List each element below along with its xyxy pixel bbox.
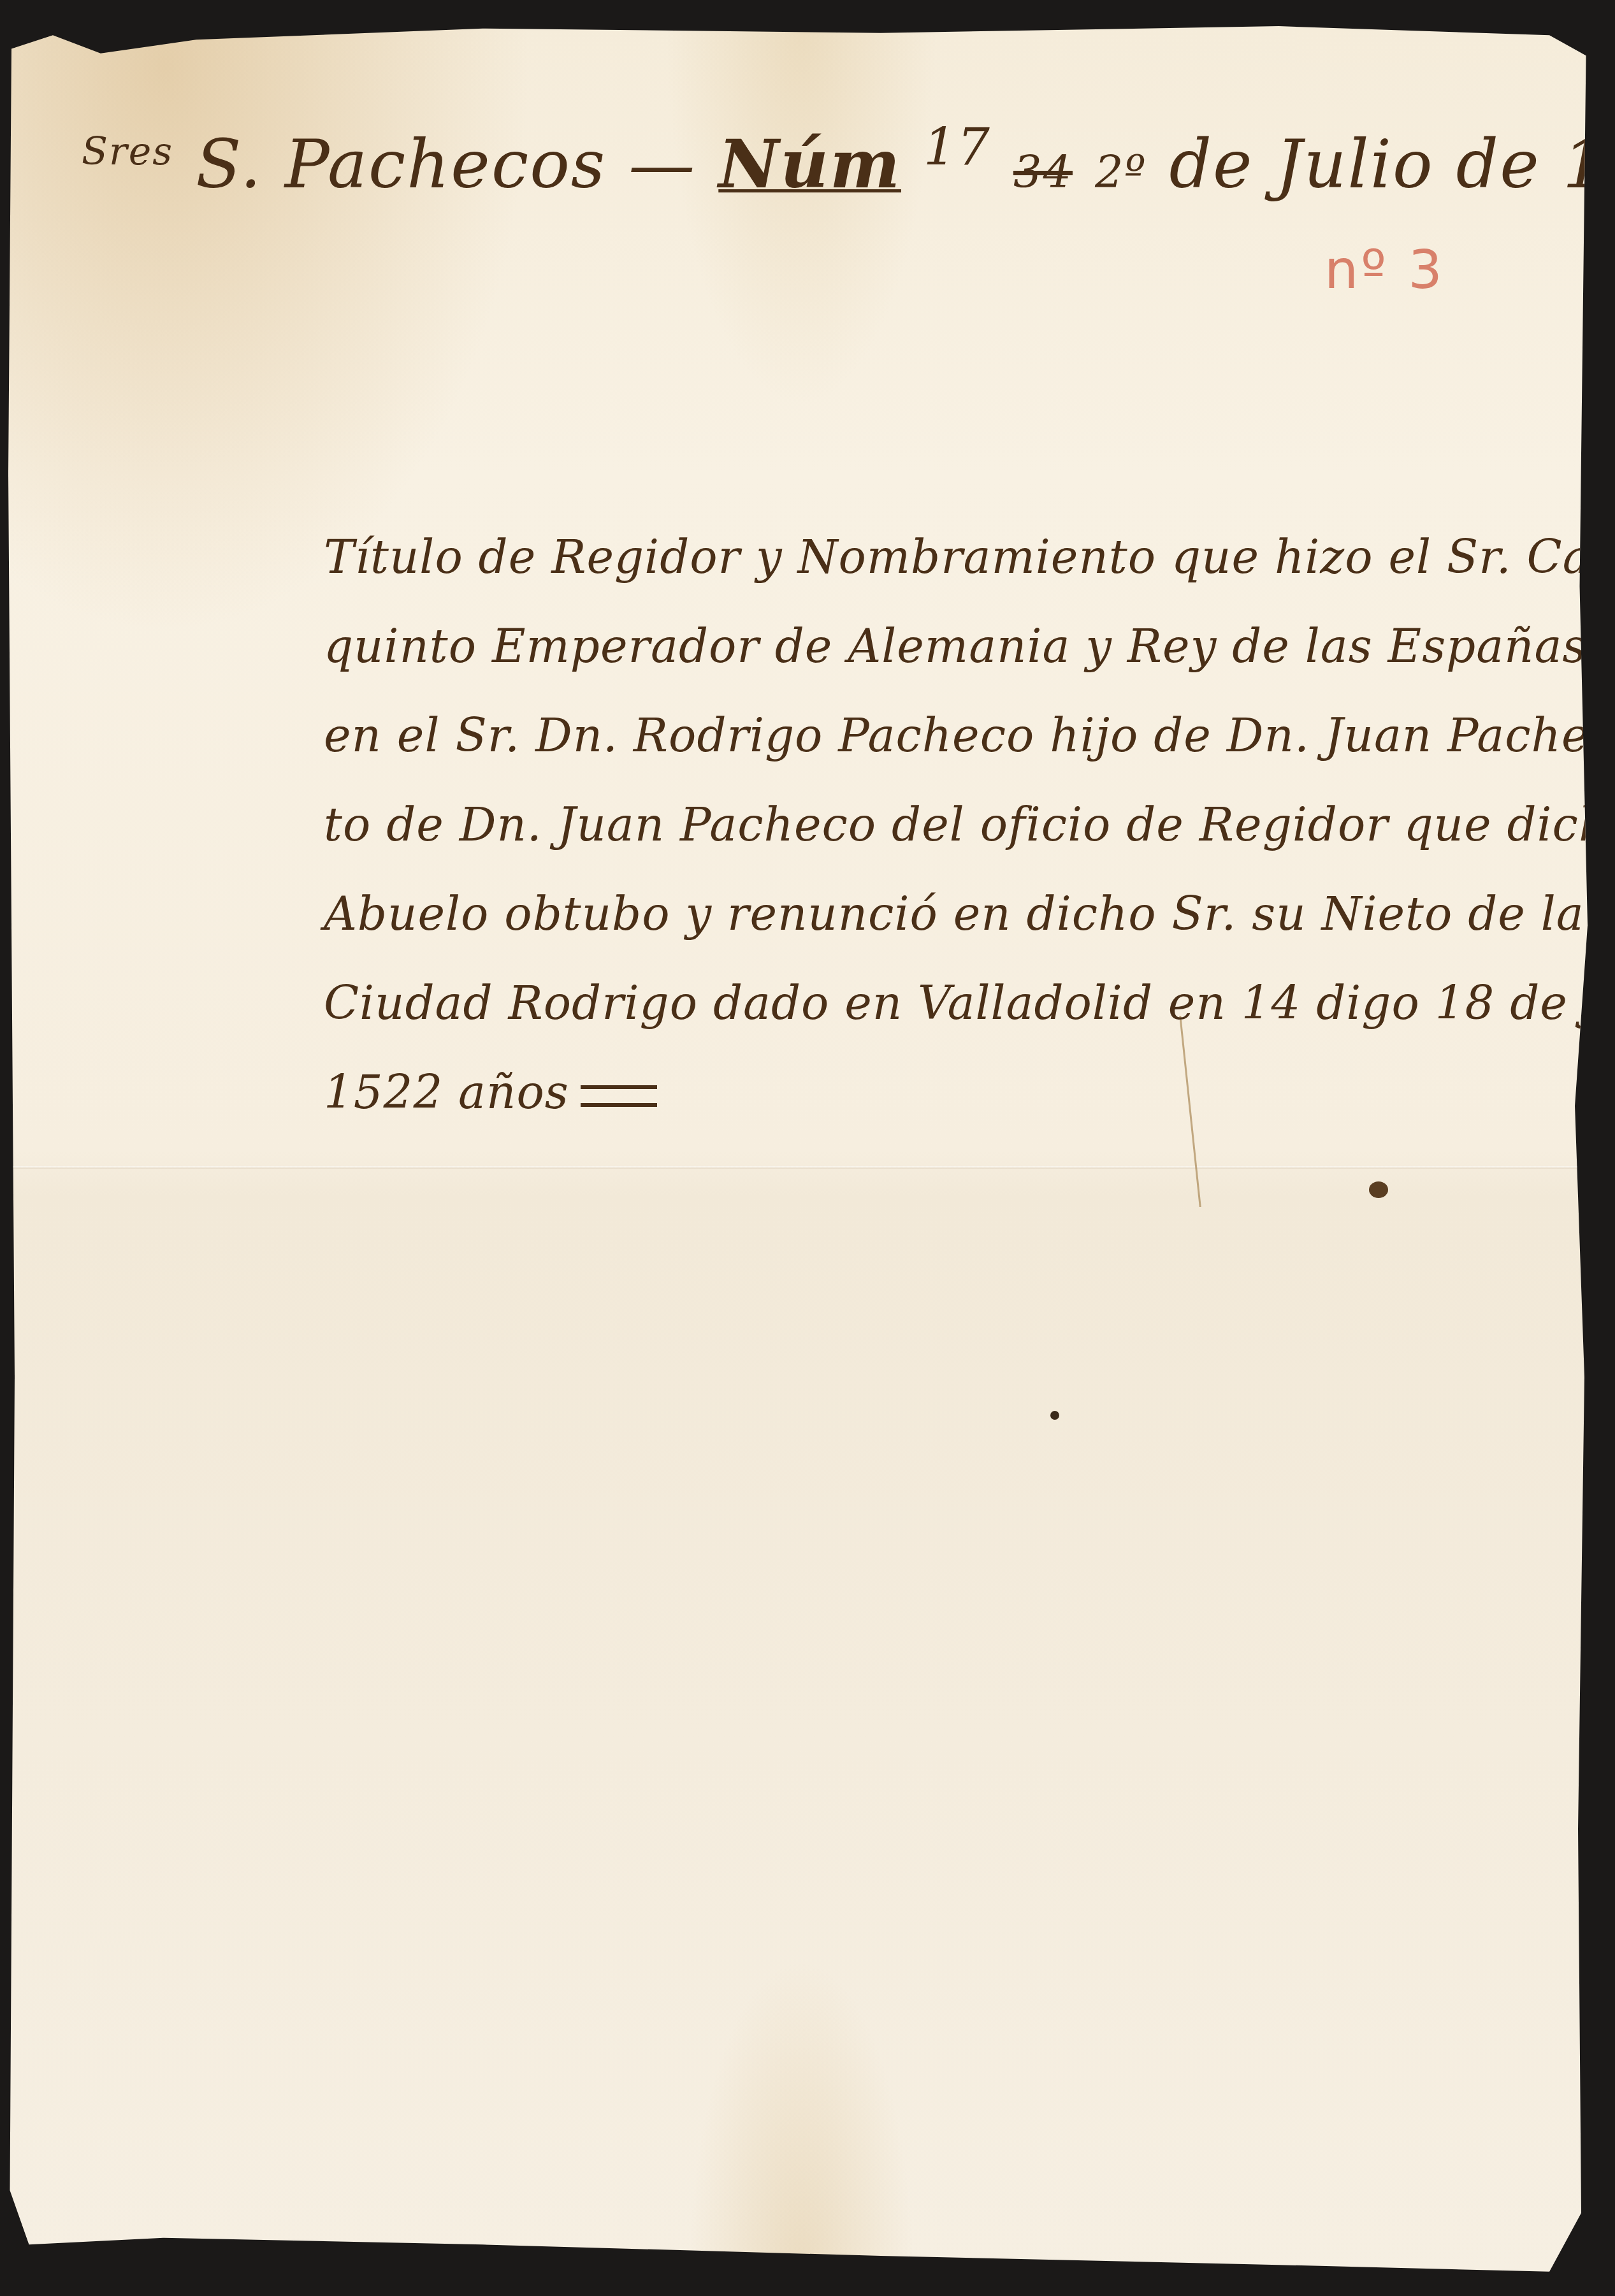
ink-spot xyxy=(1369,1181,1388,1198)
header-number-struck: 34 xyxy=(1013,146,1073,198)
archive-number-mark: nº 3 xyxy=(1324,238,1445,301)
body-line: to de Dn. Juan Pacheco del oficio de Reg… xyxy=(324,780,1586,869)
ink-dot xyxy=(1050,1411,1059,1420)
header-number-suffix: 2º xyxy=(1095,146,1147,198)
body-line-final: 1522 años xyxy=(324,1048,1586,1137)
body-line: Ciudad Rodrigo dado en Valladolid en 14 … xyxy=(324,958,1586,1048)
header-prefix: Sres xyxy=(82,129,173,174)
header-number-label: Núm xyxy=(718,125,901,203)
manuscript-body: Título de Regidor y Nombramiento que hiz… xyxy=(324,512,1586,1137)
page-fold-crease xyxy=(5,1166,1597,1169)
body-line: Abuelo obtubo y renunció en dicho Sr. su… xyxy=(324,869,1586,958)
header-line: Sres S. Pachecos — Núm 17 34 2º de Julio… xyxy=(82,117,1615,203)
body-line: en el Sr. Dn. Rodrigo Pacheco hijo de Dn… xyxy=(324,691,1586,780)
double-rule-end-mark xyxy=(581,1085,657,1107)
body-line: Título de Regidor y Nombramiento que hiz… xyxy=(324,512,1586,602)
body-line-final-text: 1522 años xyxy=(324,1065,569,1119)
header-family: S. Pachecos — xyxy=(196,126,696,203)
header-number-value: 17 xyxy=(923,117,991,177)
body-line: quinto Emperador de Alemania y Rey de la… xyxy=(324,602,1586,691)
manuscript-page: Sres S. Pachecos — Núm 17 34 2º de Julio… xyxy=(5,22,1597,2281)
header-date: de Julio de 1522 xyxy=(1170,126,1615,203)
